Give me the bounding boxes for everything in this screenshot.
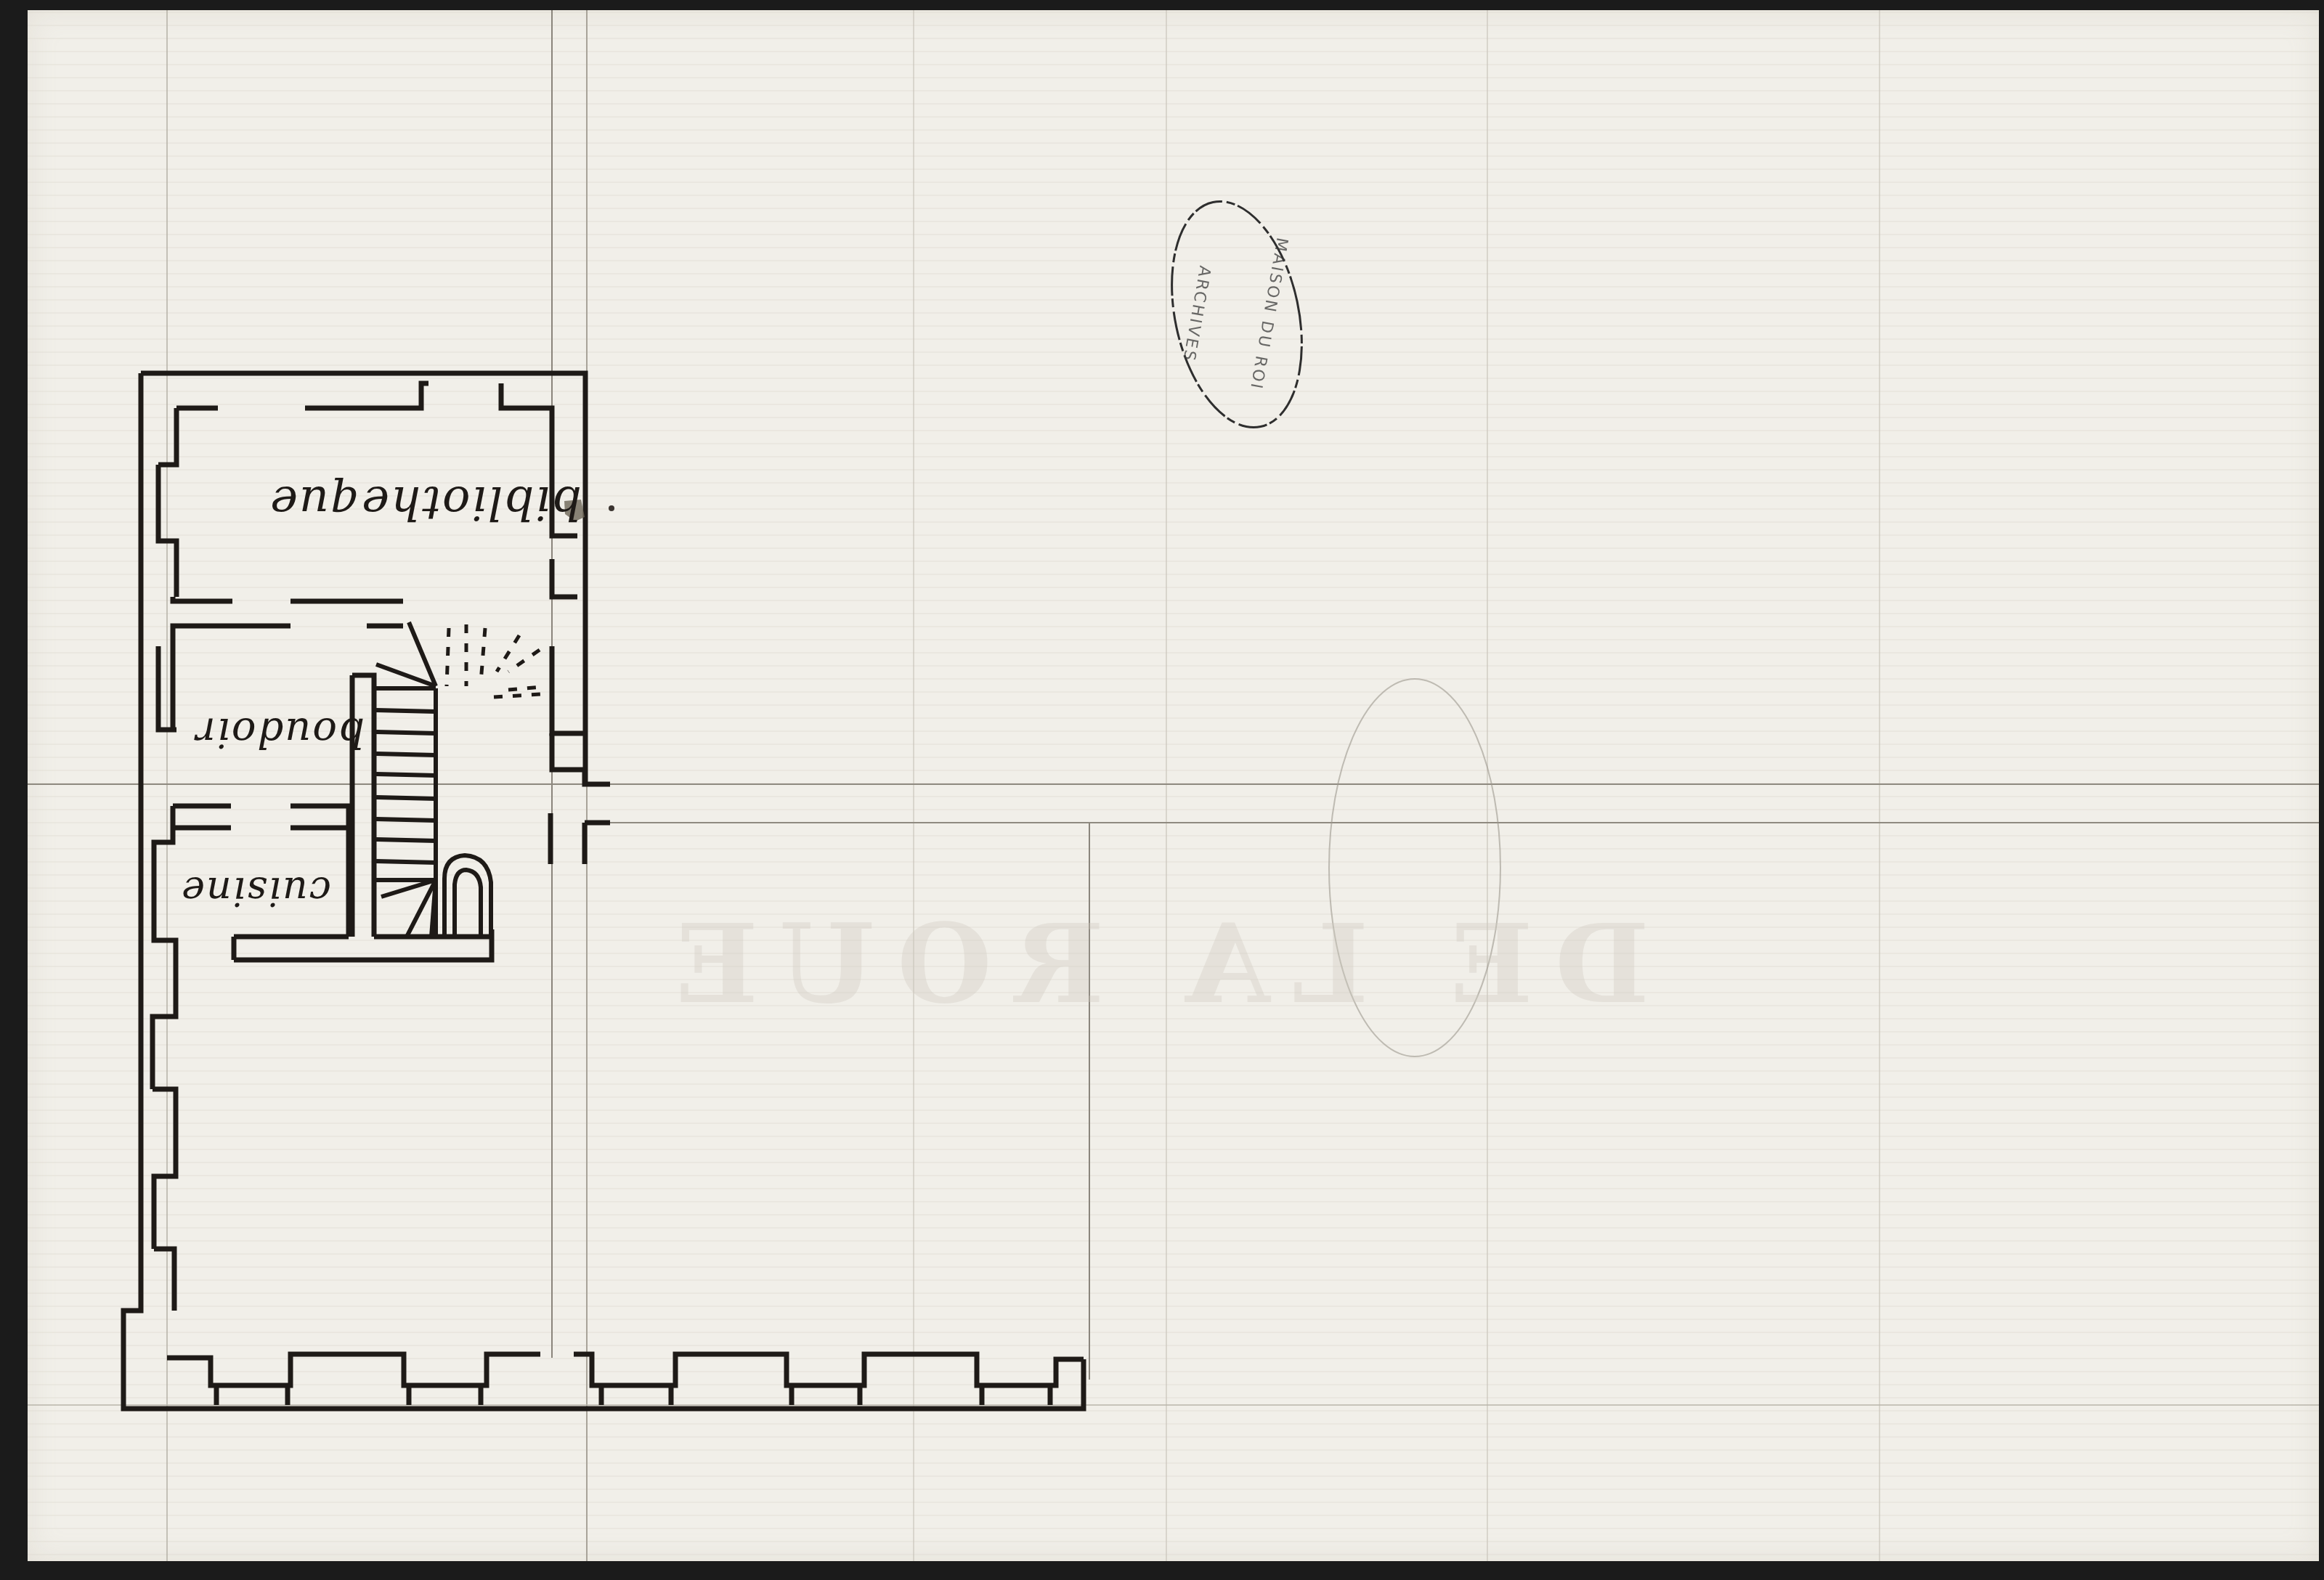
room-label-cuisine: cuisine <box>180 871 331 911</box>
watermark-text: DE LA ROUE <box>654 900 1649 1028</box>
ink-dot <box>609 505 614 511</box>
room-label-boudoir: boudoir <box>195 712 365 752</box>
ruled-lines <box>28 10 2319 1561</box>
floor-plan-drawing <box>0 0 2324 1580</box>
room-label-bibliotheque: bibliotheque <box>269 479 582 526</box>
